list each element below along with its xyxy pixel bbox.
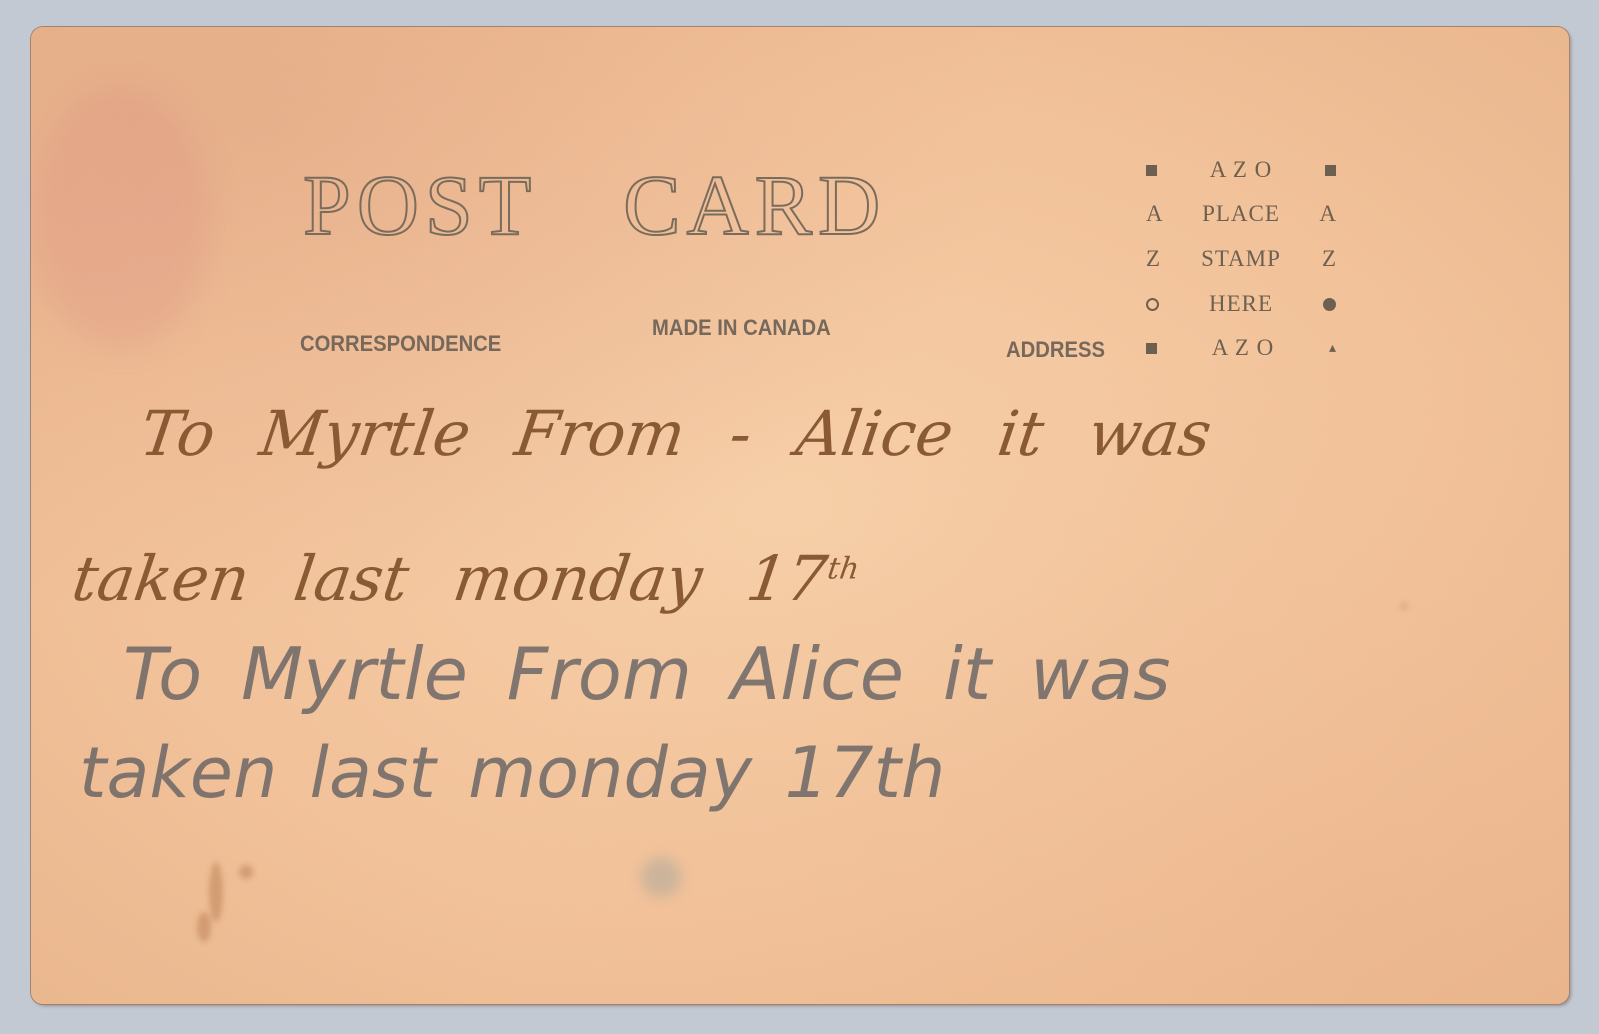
dot-ornament-icon bbox=[1323, 298, 1336, 311]
pencil-message-line-2: taken last monday 17th bbox=[79, 732, 945, 814]
ornament-icon: ▴ bbox=[1329, 340, 1336, 357]
stamp-right-letter: A bbox=[1319, 201, 1336, 227]
ink-message-line-1: To Myrtle From - Alice it was bbox=[136, 397, 1216, 470]
ink-message-suffix: th bbox=[825, 551, 861, 586]
stain-spot bbox=[209, 862, 223, 922]
square-ornament-icon bbox=[1325, 165, 1336, 176]
discoloration bbox=[31, 87, 211, 347]
square-ornament-icon bbox=[1146, 165, 1157, 176]
square-ornament-icon bbox=[1146, 343, 1157, 354]
stamp-left-letter: Z bbox=[1146, 246, 1160, 272]
stain-spot bbox=[641, 857, 681, 897]
stain-spot bbox=[197, 912, 211, 942]
stain-spot bbox=[1401, 603, 1407, 609]
correspondence-label: CORRESPONDENCE bbox=[300, 331, 501, 357]
stain-spot bbox=[239, 865, 253, 879]
postcard-back: POST CARD CORRESPONDENCE MADE IN CANADA … bbox=[31, 27, 1569, 1004]
stamp-stamp-text: STAMP bbox=[1160, 246, 1322, 272]
stamp-box: A Z O A PLACE A Z STAMP Z HERE A Z O ▴ bbox=[1146, 157, 1346, 357]
postcard-title: POST CARD bbox=[303, 155, 886, 255]
ring-ornament-icon bbox=[1146, 298, 1159, 311]
address-label: ADDRESS bbox=[1006, 337, 1105, 363]
made-in-label: MADE IN CANADA bbox=[652, 315, 831, 341]
ink-message-line-2-text: taken last monday 17 bbox=[68, 542, 832, 615]
pencil-message-line-1: To Myrtle From Alice it was bbox=[123, 632, 1171, 716]
stamp-here-text: HERE bbox=[1159, 291, 1323, 317]
ink-message-line-2: taken last monday 17th bbox=[68, 542, 863, 615]
stamp-place-text: PLACE bbox=[1163, 201, 1320, 227]
stamp-bottom-text: A Z O bbox=[1157, 335, 1329, 361]
stamp-top-text: A Z O bbox=[1157, 157, 1325, 183]
stamp-right-letter: Z bbox=[1322, 246, 1336, 272]
stamp-left-letter: A bbox=[1146, 201, 1163, 227]
